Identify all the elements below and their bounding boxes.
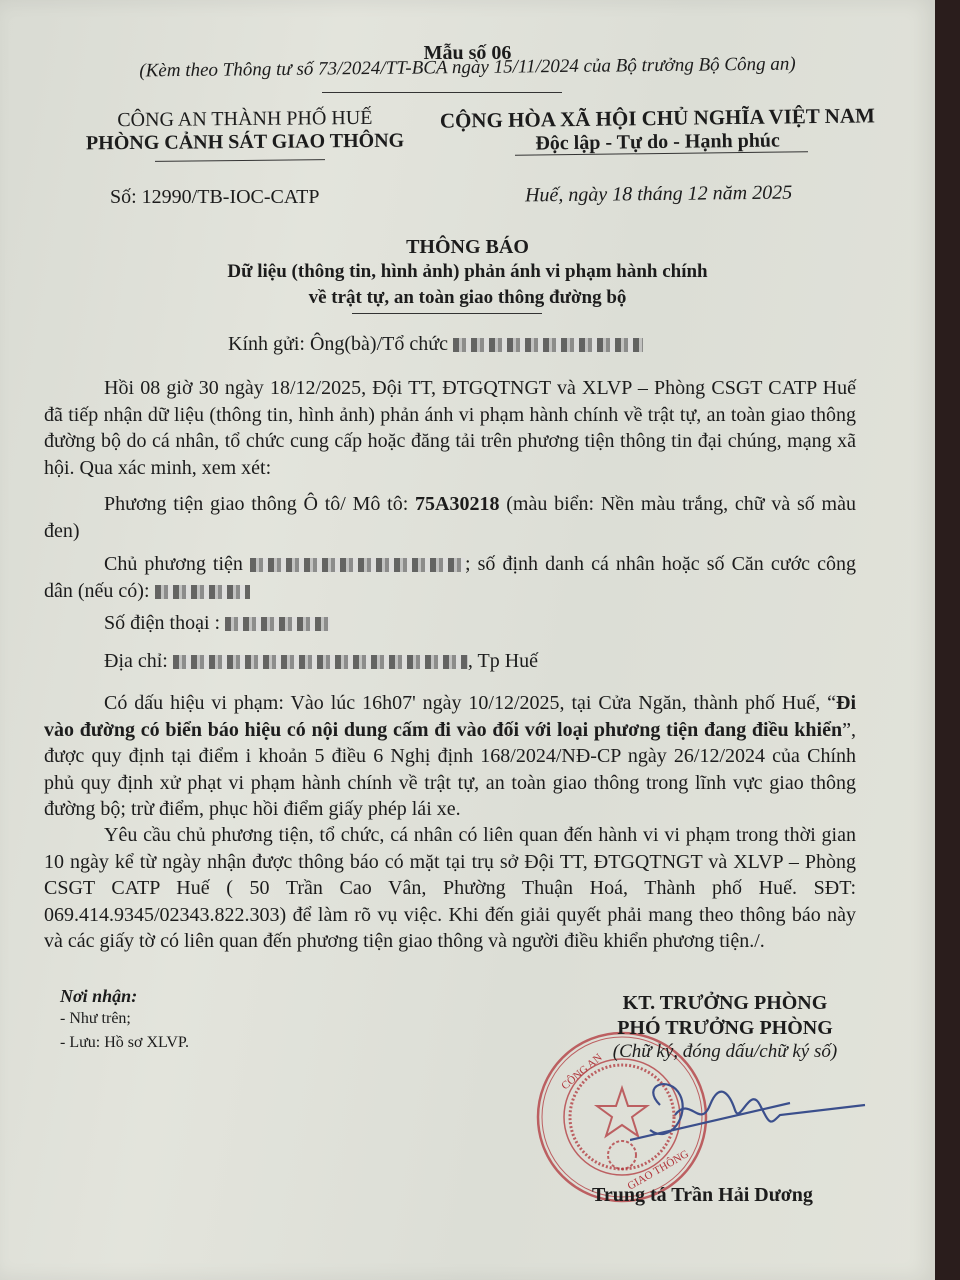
violation-paragraph: Có dấu hiệu vi phạm: Vào lúc 16h07' ngày… — [44, 690, 856, 823]
signature-note: (Chữ ký, đóng dấu/chữ ký số) — [560, 1041, 890, 1063]
owner-label: Chủ phương tiện — [104, 553, 243, 575]
greeting: Kính gửi: Ông(bà)/Tổ chức — [228, 333, 643, 356]
greeting-label: Kính gửi: Ông(bà)/Tổ chức — [228, 333, 448, 355]
request-paragraph: Yêu cầu chủ phương tiện, tổ chức, cá nhâ… — [44, 822, 856, 955]
vehicle-label: Phương tiện giao thông Ô tô/ Mô tô: — [104, 493, 415, 515]
recipients-heading: Nơi nhận: — [60, 986, 189, 1007]
signature-title-2: PHÓ TRƯỞNG PHÒNG — [560, 1017, 890, 1040]
address-line: Địa chỉ: , Tp Huế — [104, 650, 538, 673]
redacted-recipient — [453, 338, 643, 352]
document-page: Mẫu số 06 (Kèm theo Thông tư số 73/2024/… — [0, 0, 935, 1280]
signature-block: KT. TRƯỞNG PHÒNG PHÓ TRƯỞNG PHÒNG (Chữ k… — [560, 992, 890, 1063]
signer-name: Trung tá Trần Hải Dương — [592, 1184, 813, 1207]
signature-title-1: KT. TRƯỞNG PHÒNG — [560, 992, 890, 1015]
national-motto: CỘNG HÒA XÃ HỘI CHỦ NGHĨA VIỆT NAM Độc l… — [420, 103, 896, 157]
recipients-block: Nơi nhận: - Như trên; - Lưu: Hồ sơ XLVP. — [60, 986, 189, 1055]
signature-icon — [630, 1075, 870, 1155]
phone-label: Số điện thoại : — [104, 612, 220, 634]
violation-prefix: Có dấu hiệu vi phạm: Vào lúc 16h07' ngày… — [104, 692, 836, 714]
agency-underline — [155, 159, 325, 162]
request-text: Yêu cầu chủ phương tiện, tổ chức, cá nhâ… — [44, 824, 856, 952]
document-number: Số: 12990/TB-IOC-CATP — [110, 186, 319, 209]
divider — [322, 92, 562, 93]
address-label: Địa chỉ: — [104, 650, 168, 672]
agency-line2: PHÒNG CẢNH SÁT GIAO THÔNG — [60, 129, 430, 155]
vehicle-paragraph: Phương tiện giao thông Ô tô/ Mô tô: 75A3… — [44, 491, 856, 544]
redacted-owner — [250, 558, 465, 572]
document-title: THÔNG BÁO — [0, 236, 935, 259]
recipient-item: - Như trên; — [60, 1007, 189, 1031]
document-subtitle-1: Dữ liệu (thông tin, hình ảnh) phản ánh v… — [0, 261, 935, 283]
title-underline — [352, 313, 542, 314]
address-suffix: , Tp Huế — [468, 650, 538, 672]
place-date: Huế, ngày 18 tháng 12 năm 2025 — [525, 182, 792, 208]
issuing-agency: CÔNG AN THÀNH PHỐ HUẾ PHÒNG CẢNH SÁT GIA… — [60, 106, 430, 155]
intro-text: Hồi 08 giờ 30 ngày 18/12/2025, Đội TT, Đ… — [44, 377, 856, 479]
redacted-id — [155, 585, 250, 599]
license-plate: 75A30218 — [415, 493, 499, 515]
redacted-phone — [225, 617, 330, 631]
recipient-item: - Lưu: Hồ sơ XLVP. — [60, 1031, 189, 1055]
redacted-address — [173, 655, 468, 669]
agency-line1: CÔNG AN THÀNH PHỐ HUẾ — [60, 106, 430, 132]
owner-paragraph: Chủ phương tiện ; số định danh cá nhân h… — [44, 551, 856, 604]
document-subtitle-2: về trật tự, an toàn giao thông đường bộ — [0, 287, 935, 309]
intro-paragraph: Hồi 08 giờ 30 ngày 18/12/2025, Đội TT, Đ… — [44, 375, 856, 481]
phone-line: Số điện thoại : — [104, 612, 330, 635]
